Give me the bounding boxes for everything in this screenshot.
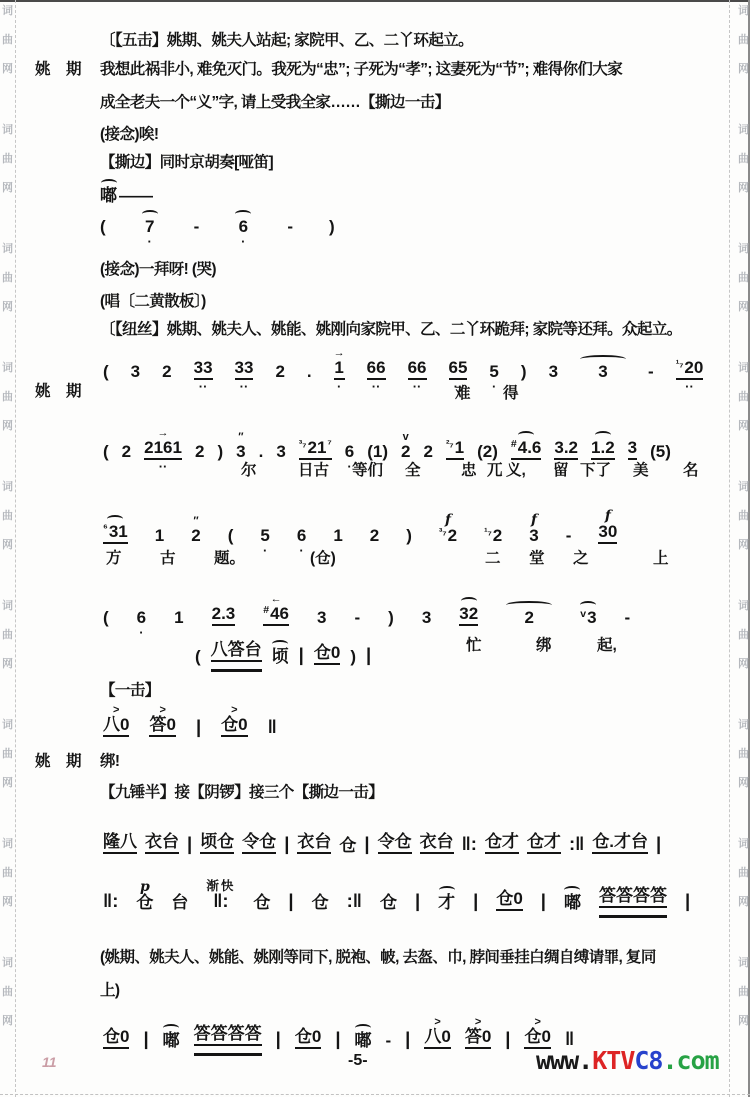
url-segment: C8 (634, 1046, 662, 1075)
watermark-column-left: 词曲网词曲网词曲网词曲网词曲网词曲网词曲网词曲网词曲网 (1, 6, 14, 1077)
percussion-line-0: >八0>答0|>仓0‖ (103, 701, 277, 749)
url-segment: KTV (592, 1046, 634, 1075)
tag-jiuchuiban: 【九锤半】接【阴锣】接三个【撕边一击】 (100, 780, 383, 802)
dialogue-line-2: 成全老夫一个“义”字, 请上受我全家……【撕边一击】 (100, 90, 450, 112)
url-segment: www. (536, 1046, 592, 1075)
lyric-m1-nan: 难 (455, 381, 471, 403)
speaker-yaoqi-1: 姚 期 (35, 57, 82, 79)
percussion-line-2: ‖:p仓台渐快‖:仓|仓:‖仓|才|仓0|嘟答答答答| (103, 872, 690, 923)
lyric-m2-2: 等们 (352, 458, 383, 480)
dialogue-line-1: 我想此祸非小, 难免灭门。我死为“忠”; 子死为“孝”; 这妻死为“节”; 难得… (100, 57, 622, 79)
lyric-m3-4: 二 (485, 546, 501, 568)
huqin-notes-7-6: (7·-6·-) (100, 203, 335, 247)
margin-dashed-line-right (729, 0, 730, 1097)
lyric-m4-1: 绑 (536, 633, 552, 655)
lyric-m2-0: 尔 (241, 458, 257, 480)
page-bottom-edge (0, 1094, 750, 1095)
margin-dashed-line-left (15, 0, 16, 1097)
lyric-m2-8: 下了 (580, 458, 611, 480)
speaker-yaoqi-2: 姚 期 (35, 379, 82, 401)
left-margin-number: 11 (42, 1054, 57, 1070)
lyric-m1-de: 得 (503, 381, 519, 403)
lyric-m3-3: (仓) (310, 546, 336, 568)
lyric-m3-5: 堂 (529, 546, 545, 568)
lyric-m2-4: 忠 (461, 458, 477, 480)
recite-ai: (接念)唉! (100, 122, 158, 144)
score-page: 词曲网词曲网词曲网词曲网词曲网词曲网词曲网词曲网词曲网 词曲网词曲网词曲网词曲网… (0, 0, 750, 1097)
watermark-column-right: 词曲网词曲网词曲网词曲网词曲网词曲网词曲网词曲网词曲网 (737, 6, 750, 1077)
tag-yiji: 【一击】 (100, 678, 160, 700)
stage-direction-wuji: 〔【五击】姚期、姚夫人站起; 家院甲、乙、二丫环起立。 (100, 28, 473, 50)
lyric-m3-7: 上 (653, 546, 669, 568)
lyric-m2-1: 日古 (298, 458, 329, 480)
lyric-m2-5: 兀 (487, 458, 503, 480)
stage-direction-niusi: 〔【纽丝】姚期、姚夫人、姚能、姚刚向家院甲、乙、二丫环跪拜; 家院等还拜。众起立… (100, 317, 682, 339)
url-segment: .com (662, 1046, 718, 1075)
lyric-m3-2: 题。 (214, 546, 245, 568)
stage-direction-exit-line-1: (姚期、姚夫人、姚能、姚刚等同下, 脱袍、帔, 去盔、巾, 脖间垂挂白绸自缚请罪… (100, 945, 656, 967)
lyric-m2-6: 义, (506, 458, 526, 480)
page-top-edge (0, 0, 750, 2)
lyric-m3-1: 古 (160, 546, 176, 568)
lyric-m2-10: 名 (683, 458, 699, 480)
music-line-1: (3233··33··2.→1·66··66··65··5·)33-¹₇20·· (103, 344, 703, 392)
lyric-m2-9: 美 (633, 458, 649, 480)
speaker-yaoqi-3: 姚 期 (35, 749, 82, 771)
sing-erhuang-sanban: (唱〔二黄散板〕) (100, 289, 206, 311)
lyric-m2-7: 留 (553, 458, 569, 480)
bang-exclamation: 绑! (100, 749, 119, 771)
sibian-huqin-note: 【撕边】同时京胡奏[哑笛] (100, 150, 273, 172)
lyric-m3-6: 之 (573, 546, 589, 568)
lyric-m4-2: 起, (597, 633, 617, 655)
percussion-inline-badatai: (八答台顷|仓0)| (195, 626, 371, 677)
lyric-m3-0: 万 (106, 546, 122, 568)
percussion-line-1: 隆八衣台|顷仓令仓|衣台仓|令仓衣台‖:仓才仓才:‖仓.才台| (103, 818, 661, 866)
recite-yibai: (接念)一拜呀! (哭) (100, 257, 216, 279)
site-watermark-url: www.KTVC8.com (536, 1046, 719, 1075)
lyric-m4-0: 忙 (466, 633, 482, 655)
page-number: -5- (348, 1052, 368, 1070)
percussion-line-3: 仓0|嘟答答答答|仓0|嘟-|>八0>答0|>仓0‖ (103, 1010, 574, 1061)
stage-direction-exit-line-2: 上) (100, 978, 119, 1000)
lyric-m2-3: 全 (405, 458, 421, 480)
